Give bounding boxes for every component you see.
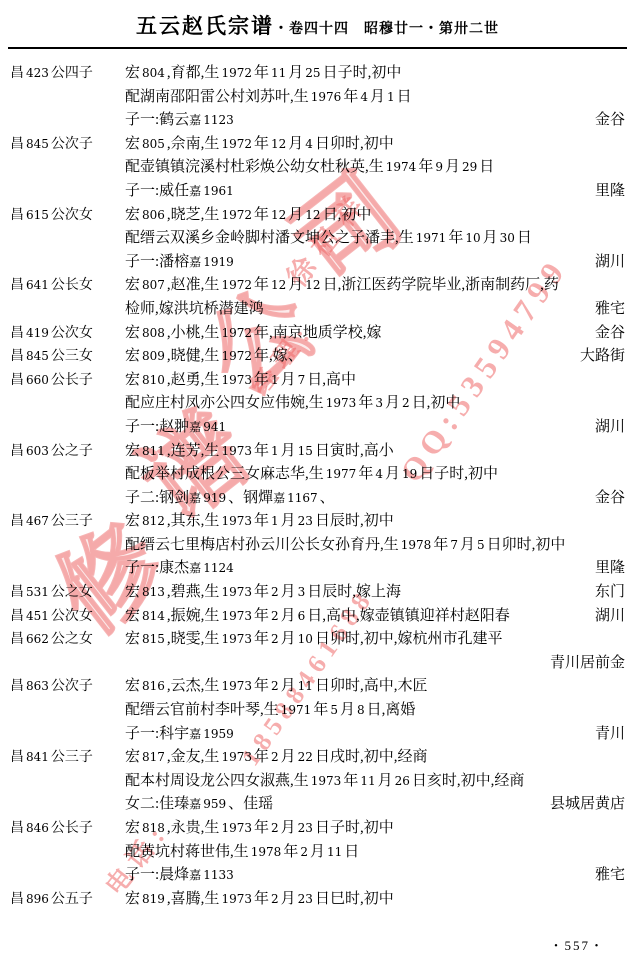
- father-id-label: 昌660公长子: [10, 369, 125, 440]
- entry-text: 宏805,佘南,生1972年12月4日卯时,初中: [125, 133, 394, 157]
- entry-text: 宏817,金友,生1973年2月22日戌时,初中,经商: [125, 746, 427, 770]
- entry-content: 宏816,云杰,生1973年2月11日卯时,高中,木匠配缙云官前村李叶琴,生19…: [125, 675, 625, 746]
- entry-line: 检师,嫁洪坑桥潜建鸿雅宅: [125, 298, 625, 322]
- entry-line: 子一:科宇嘉1959青川: [125, 723, 625, 747]
- entry-line: 配缙云七里梅店村孙云川公长女孙育丹,生1978年7月5日卯时,初中: [125, 534, 625, 558]
- entry-content: 宏814,振婉,生1973年2月6日,高中,嫁壶镇镇迎祥村赵阳春湖川: [125, 605, 625, 629]
- entry-text: 女二:佳瑧嘉959、佳瑶: [125, 793, 273, 817]
- entry-line: 女二:佳瑧嘉959、佳瑶县城居黄店: [125, 793, 625, 817]
- entry-line: 子一:威任嘉1961里隆: [125, 180, 625, 204]
- entry-line: 宏813,碧燕,生1973年2月3日辰时,嫁上海东门: [125, 581, 625, 605]
- genealogy-entry: 昌662公之女宏815,晓雯,生1973年2月10日卯时,初中,嫁杭州市孔建平青…: [10, 628, 625, 675]
- father-id-label: 昌615公次女: [10, 204, 125, 275]
- entry-content: 宏806,晓芝,生1972年12月12日,初中配缙云双溪乡金岭脚村潘文坤公之子潘…: [125, 204, 625, 275]
- entry-content: 宏810,赵勇,生1973年1月7日,高中配应庄村凤亦公四女应伟婉,生1973年…: [125, 369, 625, 440]
- entry-line: 配缙云双溪乡金岭脚村潘文坤公之子潘丰,生1971年10月30日: [125, 227, 625, 251]
- entry-text: 配本村周设龙公四女淑燕,生1973年11月26日亥时,初中,经商: [125, 770, 524, 794]
- entry-text: 子一:鹤云嘉1123: [125, 109, 236, 133]
- entry-line: 宏818,永贵,生1973年2月23日子时,初中: [125, 817, 625, 841]
- entry-content: 宏804,育都,生1972年11月25日子时,初中配湖南邵阳雷公村刘苏叶,生19…: [125, 62, 625, 133]
- entry-content: 宏818,永贵,生1973年2月23日子时,初中配黄坑村蒋世伟,生1978年2月…: [125, 817, 625, 888]
- residence-label: 金谷: [595, 109, 625, 133]
- father-id-label: 昌845公三女: [10, 345, 125, 369]
- residence-label: 湖川: [595, 416, 625, 440]
- entry-line: 子一:晨烽嘉1133雅宅: [125, 864, 625, 888]
- entry-line: 子一:潘榕嘉1919湖川: [125, 251, 625, 275]
- entry-line: 配应庄村凤亦公四女应伟婉,生1973年3月2日,初中: [125, 392, 625, 416]
- father-id-label: 昌845公次子: [10, 133, 125, 204]
- residence-label: 湖川: [595, 605, 625, 629]
- entry-line: 配板举村成根公三女麻志华,生1977年4月19日子时,初中: [125, 463, 625, 487]
- genealogy-entry: 昌660公长子宏810,赵勇,生1973年1月7日,高中配应庄村凤亦公四女应伟婉…: [10, 369, 625, 440]
- entry-text: 宏807,赵准,生1972年12月12日,浙江医药学院毕业,浙南制药厂,药: [125, 274, 559, 298]
- genealogy-entry: 昌863公次子宏816,云杰,生1973年2月11日卯时,高中,木匠配缙云官前村…: [10, 675, 625, 746]
- entry-line: 宏807,赵准,生1972年12月12日,浙江医药学院毕业,浙南制药厂,药: [125, 274, 625, 298]
- father-id-label: 昌423公四子: [10, 62, 125, 133]
- entry-text: 宏815,晓雯,生1973年2月10日卯时,初中,嫁杭州市孔建平: [125, 628, 502, 652]
- entry-content: 宏812,其东,生1973年1月23日辰时,初中配缙云七里梅店村孙云川公长女孙育…: [125, 510, 625, 581]
- entry-content: 宏805,佘南,生1972年12月4日卯时,初中配壶镇镇浣溪村杜彩焕公幼女杜秋英…: [125, 133, 625, 204]
- entry-line: 配壶镇镇浣溪村杜彩焕公幼女杜秋英,生1974年9月29日: [125, 156, 625, 180]
- genealogy-entry: 昌615公次女宏806,晓芝,生1972年12月12日,初中配缙云双溪乡金岭脚村…: [10, 204, 625, 275]
- entry-line: 子二:钢剑嘉919、钢燀嘉1167、金谷: [125, 487, 625, 511]
- entry-text: 宏811,连芳,生1973年1月15日寅时,高小: [125, 440, 394, 464]
- entry-text: 宏816,云杰,生1973年2月11日卯时,高中,木匠: [125, 675, 427, 699]
- entry-text: 配缙云官前村李叶琴,生1971年5月8日,离婚: [125, 699, 415, 723]
- entry-content: 宏817,金友,生1973年2月22日戌时,初中,经商配本村周设龙公四女淑燕,生…: [125, 746, 625, 817]
- volume-generation-subtitle: ・卷四十四 昭穆廿一・第卅二世: [274, 22, 499, 37]
- father-id-label: 昌451公次女: [10, 605, 125, 629]
- entry-line: 配黄坑村蒋世伟,生1978年2月11日: [125, 841, 625, 865]
- entry-line: 宏806,晓芝,生1972年12月12日,初中: [125, 204, 625, 228]
- entry-text: 宏819,喜腾,生1973年2月23日巳时,初中: [125, 888, 394, 912]
- entry-text: 子一:赵翀嘉941: [125, 416, 228, 440]
- entry-text: 宏814,振婉,生1973年2月6日,高中,嫁壶镇镇迎祥村赵阳春: [125, 605, 510, 629]
- genealogy-page: 五云赵氏宗谱・卷四十四 昭穆廿一・第卅二世 修 谱 公 司 徐祖祥 经理: QQ…: [0, 0, 635, 968]
- entry-text: 宏804,育都,生1972年11月25日子时,初中: [125, 62, 401, 86]
- genealogy-entry: 昌846公长子宏818,永贵,生1973年2月23日子时,初中配黄坑村蒋世伟,生…: [10, 817, 625, 888]
- residence-label: 金谷: [595, 322, 625, 346]
- entry-content: 宏808,小桃,生1972年,南京地质学校,嫁金谷: [125, 322, 625, 346]
- entry-text: 配板举村成根公三女麻志华,生1977年4月19日子时,初中: [125, 463, 498, 487]
- genealogy-entry: 昌451公次女宏814,振婉,生1973年2月6日,高中,嫁壶镇镇迎祥村赵阳春湖…: [10, 605, 625, 629]
- entry-line: 宏812,其东,生1973年1月23日辰时,初中: [125, 510, 625, 534]
- residence-label: 县城居黄店: [550, 793, 625, 817]
- genealogy-entry: 昌841公三子宏817,金友,生1973年2月22日戌时,初中,经商配本村周设龙…: [10, 746, 625, 817]
- entry-line: 宏808,小桃,生1972年,南京地质学校,嫁金谷: [125, 322, 625, 346]
- residence-label: 大路街: [580, 345, 625, 369]
- entry-line: 宏815,晓雯,生1973年2月10日卯时,初中,嫁杭州市孔建平: [125, 628, 625, 652]
- genealogy-entry: 昌531公之女宏813,碧燕,生1973年2月3日辰时,嫁上海东门: [10, 581, 625, 605]
- entry-line: 宏817,金友,生1973年2月22日戌时,初中,经商: [125, 746, 625, 770]
- entry-text: 宏806,晓芝,生1972年12月12日,初中: [125, 204, 371, 228]
- entry-line: 配湖南邵阳雷公村刘苏叶,生1976年4月1日: [125, 86, 625, 110]
- entry-text: 子二:钢剑嘉919、钢燀嘉1167、: [125, 487, 335, 511]
- genealogy-entry: 昌419公次女宏808,小桃,生1972年,南京地质学校,嫁金谷: [10, 322, 625, 346]
- entry-text: 配黄坑村蒋世伟,生1978年2月11日: [125, 841, 359, 865]
- genealogy-entry: 昌423公四子宏804,育都,生1972年11月25日子时,初中配湖南邵阳雷公村…: [10, 62, 625, 133]
- genealogy-entry: 昌896公五子宏819,喜腾,生1973年2月23日巳时,初中: [10, 888, 625, 912]
- entry-text: 配缙云七里梅店村孙云川公长女孙育丹,生1978年7月5日卯时,初中: [125, 534, 565, 558]
- father-id-label: 昌603公之子: [10, 440, 125, 511]
- father-id-label: 昌896公五子: [10, 888, 125, 912]
- entry-content: 宏811,连芳,生1973年1月15日寅时,高小配板举村成根公三女麻志华,生19…: [125, 440, 625, 511]
- genealogy-entry: 昌603公之子宏811,连芳,生1973年1月15日寅时,高小配板举村成根公三女…: [10, 440, 625, 511]
- entry-text: 配应庄村凤亦公四女应伟婉,生1973年3月2日,初中: [125, 392, 460, 416]
- residence-label: 青川居前金: [550, 652, 625, 676]
- entry-line: 子一:康杰嘉1124里隆: [125, 557, 625, 581]
- entry-line: 子一:赵翀嘉941湖川: [125, 416, 625, 440]
- entry-text: 宏813,碧燕,生1973年2月3日辰时,嫁上海: [125, 581, 401, 605]
- entry-text: 子一:科宇嘉1959: [125, 723, 236, 747]
- father-id-label: 昌531公之女: [10, 581, 125, 605]
- genealogy-entry: 昌845公三女宏809,晓健,生1972年,嫁、大路街: [10, 345, 625, 369]
- entry-line: 宏816,云杰,生1973年2月11日卯时,高中,木匠: [125, 675, 625, 699]
- entry-content: 宏807,赵准,生1972年12月12日,浙江医药学院毕业,浙南制药厂,药检师,…: [125, 274, 625, 321]
- entry-text: 宏808,小桃,生1972年,南京地质学校,嫁: [125, 322, 382, 346]
- father-id-label: 昌846公长子: [10, 817, 125, 888]
- entry-text: 宏818,永贵,生1973年2月23日子时,初中: [125, 817, 394, 841]
- entry-content: 宏813,碧燕,生1973年2月3日辰时,嫁上海东门: [125, 581, 625, 605]
- entry-line: 配缙云官前村李叶琴,生1971年5月8日,离婚: [125, 699, 625, 723]
- page-number: ・557・: [549, 935, 605, 954]
- entry-line: 宏811,连芳,生1973年1月15日寅时,高小: [125, 440, 625, 464]
- entry-content: 宏819,喜腾,生1973年2月23日巳时,初中: [125, 888, 625, 912]
- residence-label: 金谷: [595, 487, 625, 511]
- entry-content: 宏809,晓健,生1972年,嫁、大路街: [125, 345, 625, 369]
- entry-line: 宏809,晓健,生1972年,嫁、大路街: [125, 345, 625, 369]
- book-title: 五云赵氏宗谱: [136, 14, 274, 38]
- residence-label: 东门: [595, 581, 625, 605]
- entry-text: 配湖南邵阳雷公村刘苏叶,生1976年4月1日: [125, 86, 412, 110]
- father-id-label: 昌641公长女: [10, 274, 125, 321]
- entries: 昌423公四子宏804,育都,生1972年11月25日子时,初中配湖南邵阳雷公村…: [0, 49, 635, 911]
- entry-line: 子一:鹤云嘉1123金谷: [125, 109, 625, 133]
- entry-text: 检师,嫁洪坑桥潜建鸿: [125, 298, 264, 322]
- entry-text: 配缙云双溪乡金岭脚村潘文坤公之子潘丰,生1971年10月30日: [125, 227, 532, 251]
- entry-line: 青川居前金: [125, 652, 625, 676]
- residence-label: 里隆: [595, 180, 625, 204]
- genealogy-entry: 昌641公长女宏807,赵准,生1972年12月12日,浙江医药学院毕业,浙南制…: [10, 274, 625, 321]
- entry-text: 子一:康杰嘉1124: [125, 557, 236, 581]
- genealogy-entry: 昌845公次子宏805,佘南,生1972年12月4日卯时,初中配壶镇镇浣溪村杜彩…: [10, 133, 625, 204]
- entry-text: 宏810,赵勇,生1973年1月7日,高中: [125, 369, 356, 393]
- entry-line: 宏814,振婉,生1973年2月6日,高中,嫁壶镇镇迎祥村赵阳春湖川: [125, 605, 625, 629]
- entry-line: 宏810,赵勇,生1973年1月7日,高中: [125, 369, 625, 393]
- genealogy-entry: 昌467公三子宏812,其东,生1973年1月23日辰时,初中配缙云七里梅店村孙…: [10, 510, 625, 581]
- father-id-label: 昌662公之女: [10, 628, 125, 675]
- residence-label: 青川: [595, 723, 625, 747]
- entry-text: 配壶镇镇浣溪村杜彩焕公幼女杜秋英,生1974年9月29日: [125, 156, 494, 180]
- entry-line: 配本村周设龙公四女淑燕,生1973年11月26日亥时,初中,经商: [125, 770, 625, 794]
- residence-label: 湖川: [595, 251, 625, 275]
- residence-label: 雅宅: [595, 864, 625, 888]
- entry-text: 子一:威任嘉1961: [125, 180, 236, 204]
- entry-text: 宏812,其东,生1973年1月23日辰时,初中: [125, 510, 394, 534]
- father-id-label: 昌841公三子: [10, 746, 125, 817]
- entry-text: 子一:晨烽嘉1133: [125, 864, 236, 888]
- father-id-label: 昌467公三子: [10, 510, 125, 581]
- residence-label: 雅宅: [595, 298, 625, 322]
- father-id-label: 昌863公次子: [10, 675, 125, 746]
- entry-content: 宏815,晓雯,生1973年2月10日卯时,初中,嫁杭州市孔建平青川居前金: [125, 628, 625, 675]
- father-id-label: 昌419公次女: [10, 322, 125, 346]
- residence-label: 里隆: [595, 557, 625, 581]
- entry-line: 宏805,佘南,生1972年12月4日卯时,初中: [125, 133, 625, 157]
- entry-text: 宏809,晓健,生1972年,嫁、: [125, 345, 303, 369]
- entry-line: 宏804,育都,生1972年11月25日子时,初中: [125, 62, 625, 86]
- entry-text: 子一:潘榕嘉1919: [125, 251, 236, 275]
- page-header: 五云赵氏宗谱・卷四十四 昭穆廿一・第卅二世: [0, 0, 635, 40]
- entry-line: 宏819,喜腾,生1973年2月23日巳时,初中: [125, 888, 625, 912]
